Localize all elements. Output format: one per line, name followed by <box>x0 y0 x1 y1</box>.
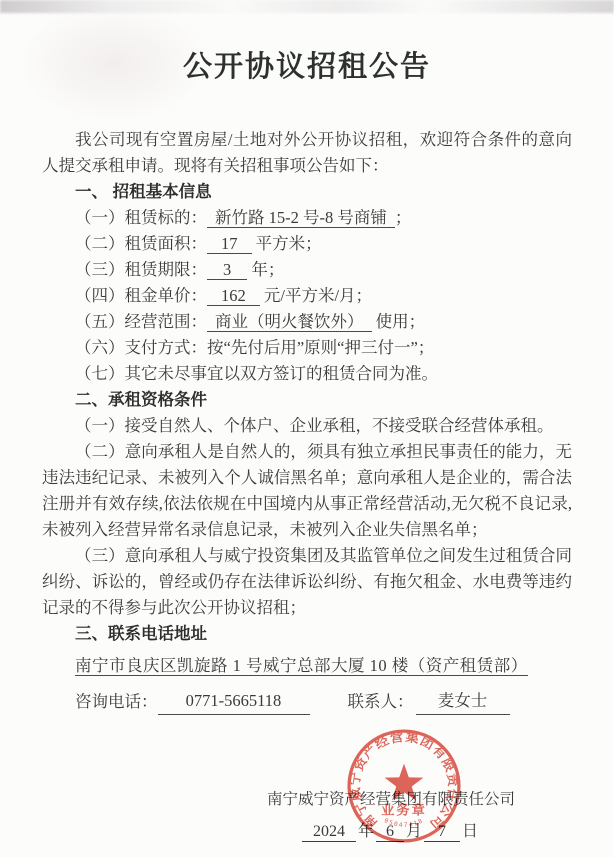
document-content: 公开协议招租公告 我公司现有空置房屋/土地对外公开协议招租，欢迎符合条件的意向人… <box>42 44 572 715</box>
item-suffix: 年； <box>247 260 284 279</box>
contact-person-underlined: 麦女士 <box>416 688 510 715</box>
stamp-serial: 05047418 <box>383 817 425 829</box>
item-suffix: 使用； <box>372 312 426 331</box>
date-day-unit: 日 <box>460 823 480 840</box>
qualification-item-1: （一）接受自然人、个体户、企业承租，不接受联合经营体承租。 <box>42 413 572 439</box>
stamp-label: 业务章 <box>381 801 427 817</box>
document-body: 我公司现有空置房屋/土地对外公开协议招租，欢迎符合条件的意向人提交承租申请。现将… <box>42 127 572 715</box>
svg-text:05047418: 05047418 <box>383 817 425 829</box>
item-label: （一）租赁标的： <box>75 208 207 227</box>
section3-heading: 三、联系电话地址 <box>42 621 572 647</box>
item-value-underlined: 新竹路 15-2 号-8 号商铺 <box>207 208 395 228</box>
item-label: （二）租赁面积： <box>75 234 207 253</box>
section2-heading: 二、承租资格条件 <box>42 387 572 413</box>
qualification-item-3: （三）意向承租人与威宁投资集团及其监管单位之间发生过租赁合同纠纷、诉讼的，曾经或… <box>42 543 572 621</box>
item-suffix: 平方米； <box>252 234 322 253</box>
contact-phone-row: 咨询电话：0771-5665118联系人：麦女士 <box>42 688 572 715</box>
document-title: 公开协议招租公告 <box>42 44 572 85</box>
contact-address-underlined: 南宁市良庆区凯旋路 1 号威宁总部大厦 10 楼（资产租赁部） <box>75 656 528 676</box>
item-payment-method: （六）支付方式：按“先付后用”原则“押三付一”； <box>42 335 572 361</box>
intro-paragraph: 我公司现有空置房屋/土地对外公开协议招租，欢迎符合条件的意向人提交承租申请。现将… <box>42 127 572 179</box>
section1-heading: 一、 招租基本信息 <box>42 179 572 205</box>
item-value-underlined: 17 <box>207 234 252 254</box>
stamp-star-icon <box>385 764 424 801</box>
item-rent-price: （四）租金单价：162 元/平方米/月； <box>42 283 572 309</box>
item-rental-target: （一）租赁标的：新竹路 15-2 号-8 号商铺； <box>42 205 572 231</box>
item-suffix: 元/平方米/月； <box>260 286 372 305</box>
announcement-document-page: 公开协议招租公告 我公司现有空置房屋/土地对外公开协议招租，欢迎符合条件的意向人… <box>0 0 614 857</box>
phone-value-underlined: 0771-5665118 <box>158 688 310 715</box>
item-value-underlined: 162 <box>207 286 260 306</box>
item-label: （三）租赁期限： <box>75 260 207 279</box>
qualification-item-2: （二）意向承租人是自然人的，须具有独立承担民事责任的能力，无违法违纪记录、未被列… <box>42 439 572 543</box>
item-other-matters: （七）其它未尽事宜以双方签订的租赁合同为准。 <box>42 361 572 387</box>
item-rental-area: （二）租赁面积：17 平方米； <box>42 231 572 257</box>
item-label: （五）经营范围： <box>75 312 207 331</box>
item-rental-term: （三）租赁期限：3 年； <box>42 257 572 283</box>
contact-address-row: 南宁市良庆区凯旋路 1 号威宁总部大厦 10 楼（资产租赁部） <box>42 653 572 679</box>
company-stamp: 南宁威宁资产经营集团有限责任公司 业务章 05047418 <box>345 727 463 845</box>
item-label: （四）租金单价： <box>75 286 207 305</box>
item-business-scope: （五）经营范围：商业（明火餐饮外） 使用； <box>42 309 572 335</box>
item-suffix: ； <box>395 208 412 227</box>
item-value-underlined: 3 <box>207 260 247 280</box>
phone-label: 咨询电话： <box>75 692 158 711</box>
item-value-underlined: 商业（明火餐饮外） <box>207 312 372 332</box>
contact-person-label: 联系人： <box>348 692 414 711</box>
